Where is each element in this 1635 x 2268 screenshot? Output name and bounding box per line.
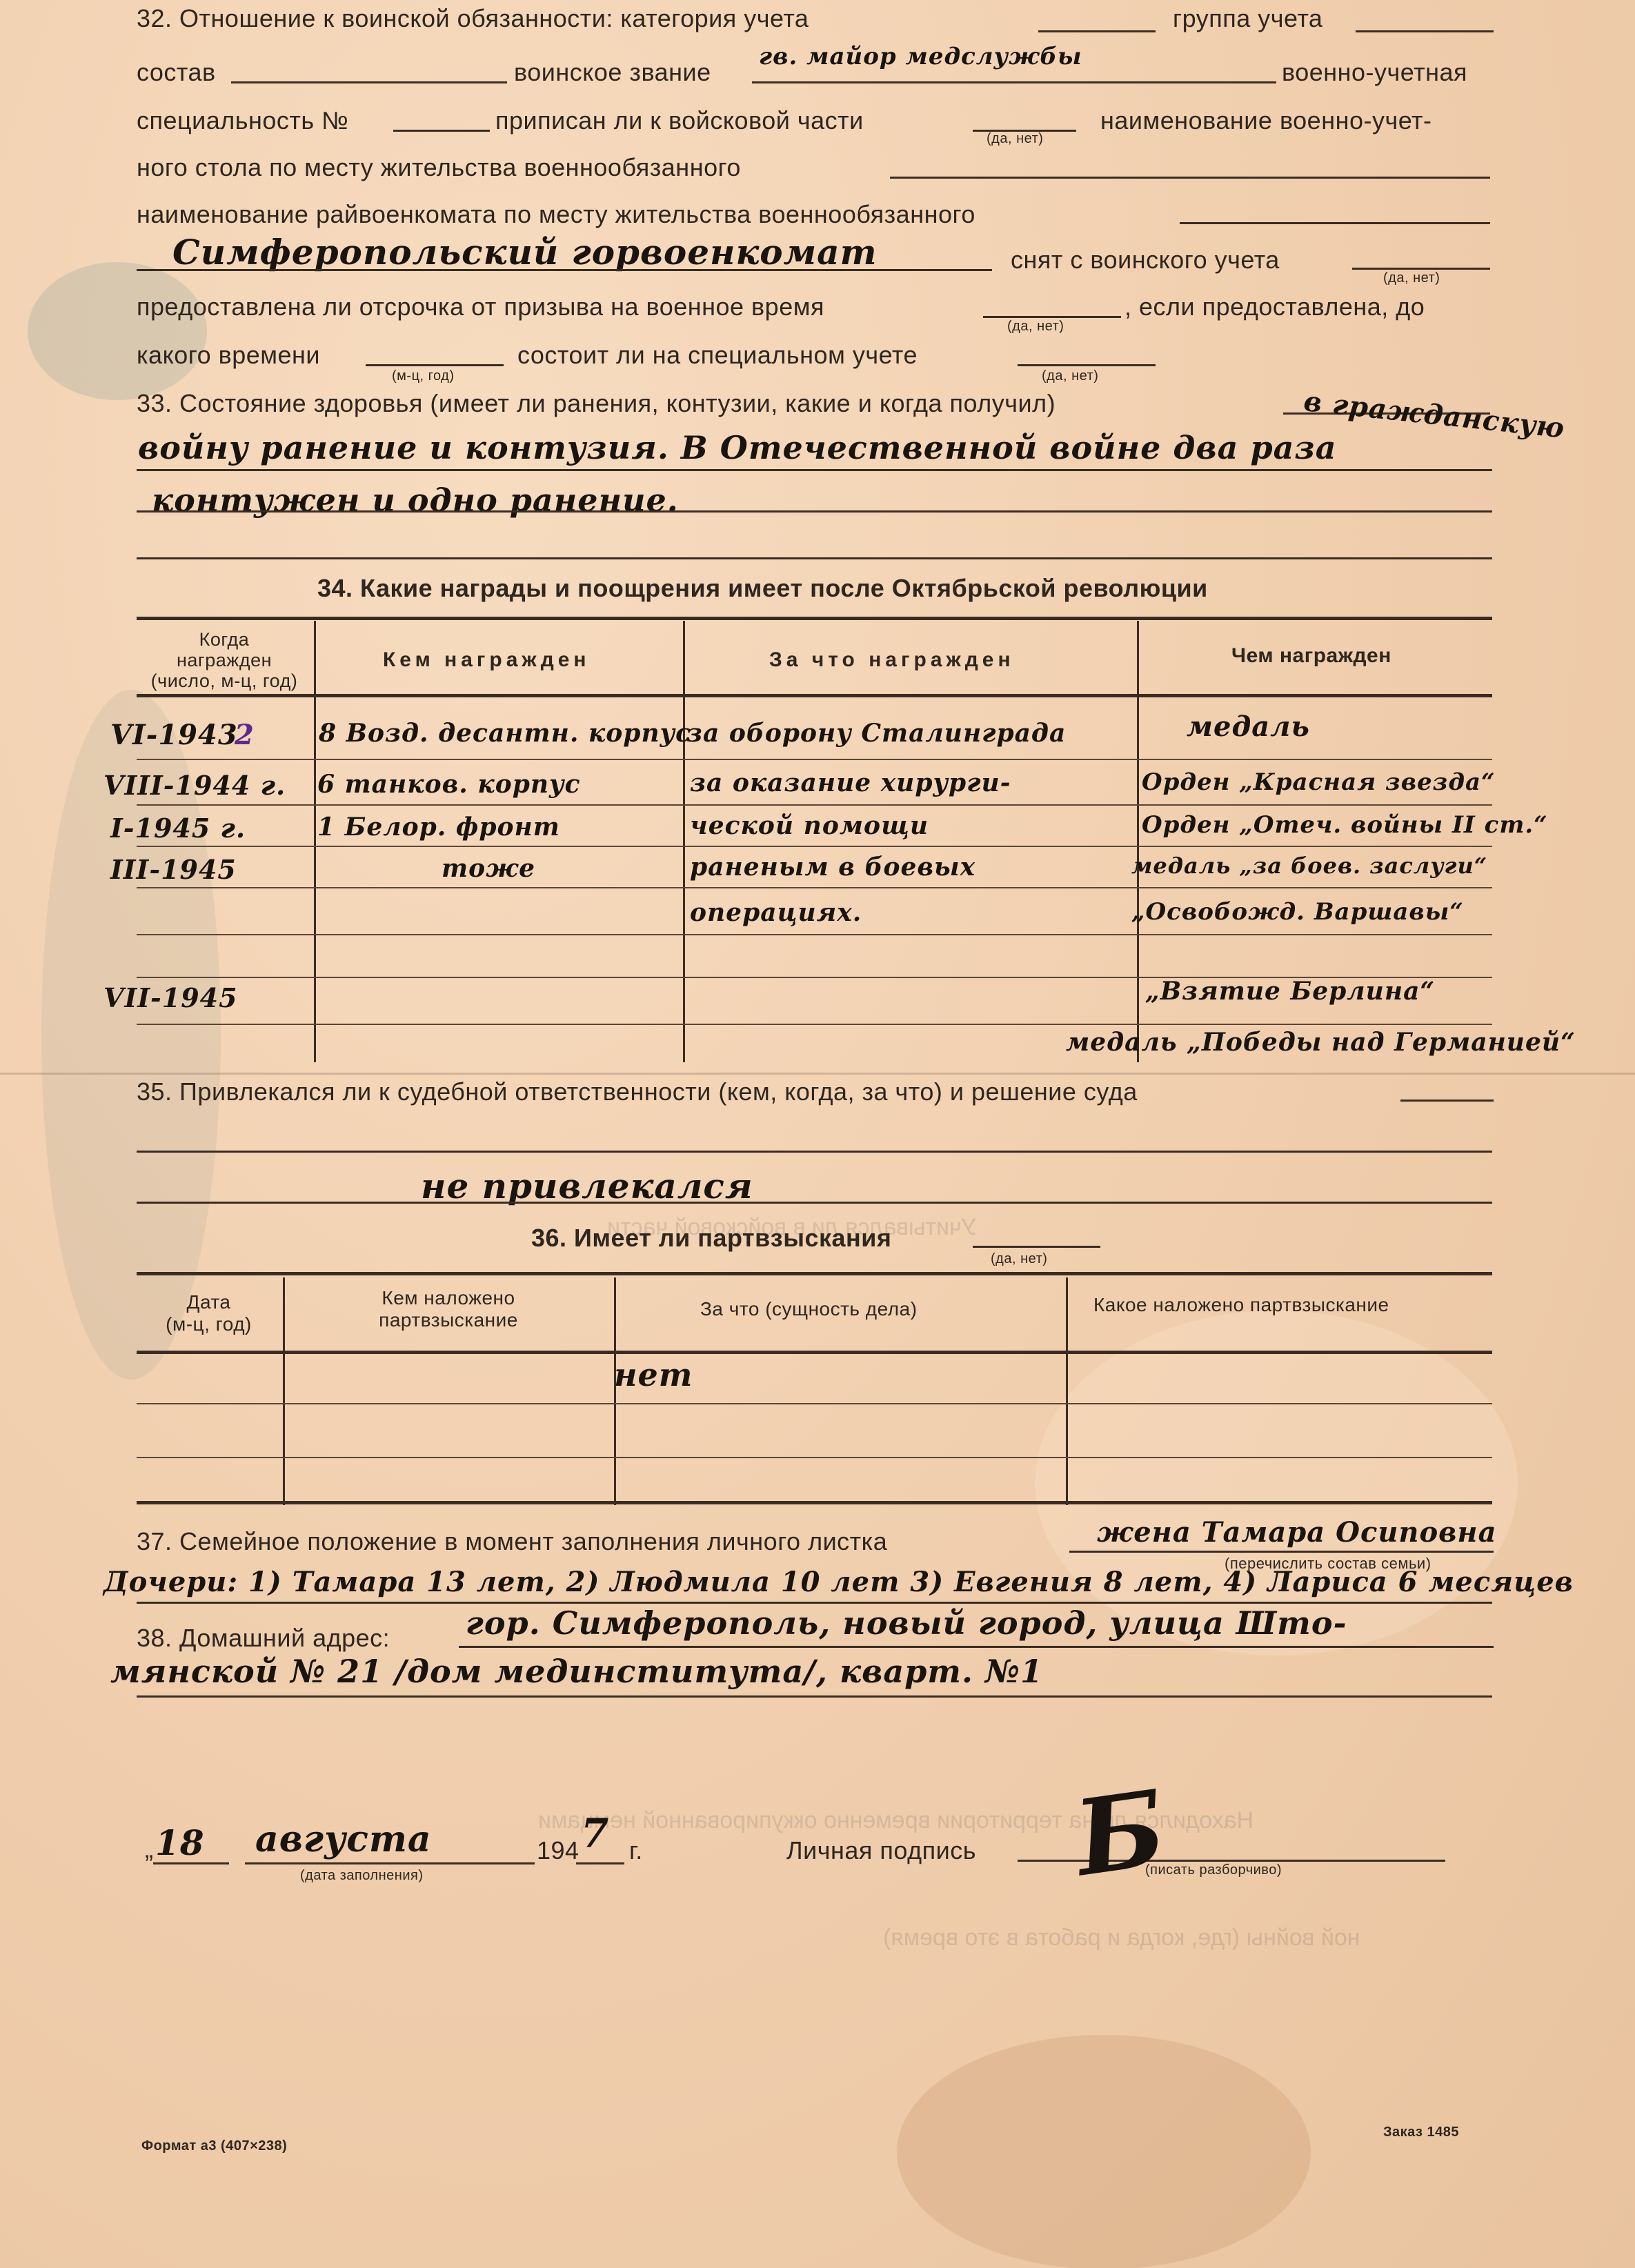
s33-label: 33. Состояние здоровья (имеет ли ранения… <box>137 389 1056 418</box>
s34-header-when: Когда награжден (число, м-ц, год) <box>138 629 310 691</box>
year-field[interactable] <box>576 1862 624 1864</box>
date-day: 18 <box>155 1822 205 1863</box>
raivoenkomat-field[interactable] <box>137 269 992 271</box>
s36-col-divider <box>283 1277 285 1505</box>
s32-vus-name-label: наименование военно-учет- <box>1100 106 1432 135</box>
s32-until-label: какого времени <box>137 341 320 370</box>
party-penalty-field[interactable] <box>973 1246 1100 1248</box>
address-value-2: мянской № 21 /дом мединститута/, кварт. … <box>110 1653 1043 1690</box>
s34-row-line <box>137 759 1492 760</box>
award-overflow-line: медаль „Победы над Германией“ <box>1066 1028 1576 1057</box>
award-with-what: „Освобожд. Варшавы“ <box>1131 898 1464 926</box>
award-for-what: ческой помощи <box>690 811 929 840</box>
court-field-1[interactable] <box>137 1151 1492 1153</box>
removed-field[interactable] <box>1352 268 1490 270</box>
s34-row-line <box>137 804 1492 806</box>
health-value-1: в гражданскую <box>1302 385 1567 444</box>
s34-row-line <box>137 846 1492 847</box>
vus-table-field[interactable] <box>890 177 1490 179</box>
award-by-whom: 1 Белор. фронт <box>317 813 560 842</box>
deferment-field[interactable] <box>983 316 1121 318</box>
s34-col-divider <box>683 621 685 1062</box>
award-with-what: медаль „за боев. заслуги“ <box>1131 853 1487 879</box>
party-penalty-value: нет <box>614 1356 693 1393</box>
s38-label: 38. Домашний адрес: <box>137 1624 390 1653</box>
health-value-2: войну ранение и контузия. В Отечественно… <box>138 429 1337 466</box>
s36-header-date: Дата (м-ц, год) <box>138 1291 279 1335</box>
signature-value: Б <box>1068 1767 1173 1900</box>
award-when: VIII-1944 г. <box>103 770 286 801</box>
health-field-2[interactable] <box>137 469 1492 471</box>
water-stain <box>897 2035 1311 2268</box>
date-open-quote: „ <box>145 1835 154 1864</box>
address-value-1: гор. Симферополь, новый город, улица Што… <box>466 1604 1347 1642</box>
award-for-what: раненым в боевых <box>690 853 975 882</box>
address-field-2[interactable] <box>137 1695 1492 1698</box>
award-with-what: „Взятие Берлина“ <box>1145 977 1435 1006</box>
rank-value: гв. майор медслужбы <box>759 43 1082 70</box>
bleed-through-text: ной войны (где, когда и работа в это вре… <box>883 1924 1360 1951</box>
s32-assigned-label: приписан ли к войсковой части <box>495 106 864 135</box>
award-when: VII-1945 <box>103 982 238 1013</box>
raivoenkomat-value: Симферопольский горвоенкомат <box>172 232 877 272</box>
s32-vus-label: военно-учетная <box>1282 58 1467 87</box>
s34-header-bottom <box>137 694 1492 697</box>
s32-special-label: состоит ли на специальном учете <box>517 341 918 370</box>
s32-rank-label: воинское звание <box>514 58 711 87</box>
health-field-3[interactable] <box>137 510 1492 513</box>
s36-header-bottom <box>137 1351 1492 1354</box>
s34-row-line <box>137 887 1492 888</box>
special-hint: (да, нет) <box>1042 368 1098 384</box>
award-when: III-1945 <box>110 854 237 885</box>
s36-table-bottom <box>137 1501 1492 1504</box>
s32-line1: 32. Отношение к воинской обязанности: ка… <box>137 4 809 33</box>
family-field-2[interactable] <box>137 1602 1492 1604</box>
award-by-whom: 6 танков. корпус <box>317 770 581 799</box>
party-penalty-hint: (да, нет) <box>991 1251 1047 1267</box>
court-value: не привлекался <box>421 1166 753 1206</box>
award-by-whom: 8 Возд. десантн. корпус <box>319 719 691 748</box>
family-value-1: жена Тамара Осиповна <box>1097 1516 1497 1549</box>
award-with-what: Орден „Отеч. войны II ст.“ <box>1142 811 1548 839</box>
s36-header-by-whom: Кем наложено партвзыскание <box>286 1287 611 1331</box>
s34-table-top <box>137 617 1492 620</box>
s34-header-by-whom: Кем награжден <box>383 648 591 672</box>
date-hint: (дата заполнения) <box>300 1868 423 1884</box>
until-field[interactable] <box>366 364 504 366</box>
award-when-correction: 2 <box>235 719 255 751</box>
s36-table-top <box>137 1272 1492 1275</box>
s32-raivoenkomat-label: наименование райвоенкомата по месту жите… <box>137 200 975 229</box>
raivoenkomat-field-top[interactable] <box>1180 222 1490 224</box>
s34-row-line <box>137 934 1492 935</box>
date-year-unit: г. <box>629 1836 643 1865</box>
s32-table-label: ного стола по месту жительства военнообя… <box>137 153 741 182</box>
award-for-what: за оборону Сталинграда <box>686 719 1066 748</box>
s32-group-label: группа учета <box>1173 4 1322 33</box>
s37-label: 37. Семейное положение в момент заполнен… <box>137 1527 887 1556</box>
spec-number-field[interactable] <box>393 130 490 132</box>
water-stain <box>1035 1311 1518 1655</box>
s34-title: 34. Какие награды и поощрения имеет посл… <box>317 574 1208 603</box>
date-month: августа <box>255 1818 432 1860</box>
order-note: Заказ 1485 <box>1383 2125 1459 2140</box>
award-when: I-1945 г. <box>110 813 246 844</box>
until-hint: (м-ц, год) <box>392 368 455 384</box>
date-year-suffix: 7 <box>581 1810 609 1857</box>
award-by-whom: тоже <box>442 854 535 883</box>
s36-row-line <box>137 1403 1492 1404</box>
water-stain <box>28 262 207 400</box>
s36-col-divider <box>1066 1277 1068 1505</box>
removed-hint: (да, нет) <box>1383 270 1440 286</box>
s34-header-for-what: За что награжден <box>769 648 1015 672</box>
health-field-4[interactable] <box>137 557 1492 559</box>
health-value-3: контужен и одно ранение. <box>152 481 679 519</box>
month-field[interactable] <box>245 1862 535 1864</box>
s32-sostav-label: состав <box>137 58 216 87</box>
s32-deferment-until-label: , если предоставлена, до <box>1124 292 1425 321</box>
rank-field[interactable] <box>752 81 1276 83</box>
family-field-1[interactable] <box>1069 1551 1494 1553</box>
court-field-2[interactable] <box>137 1202 1492 1204</box>
category-field[interactable] <box>1038 30 1156 32</box>
s36-header-which: Какое наложено партвзыскание <box>1093 1294 1389 1316</box>
group-field[interactable] <box>1356 30 1494 32</box>
sostav-field[interactable] <box>231 81 507 83</box>
family-value-2: Дочери: 1) Тамара 13 лет, 2) Людмила 10 … <box>103 1566 1574 1598</box>
award-when: VI-1943 <box>110 719 238 751</box>
s36-row-line <box>137 1457 1492 1458</box>
award-for-what: за оказание хирурги- <box>690 768 1011 797</box>
s36-title: 36. Имеет ли партвзыскания <box>531 1224 891 1253</box>
s32-deferment-label: предоставлена ли отсрочка от призыва на … <box>137 292 824 321</box>
s36-header-for-what: За что (сущность дела) <box>700 1298 918 1320</box>
s32-removed-label: снят с воинского учета <box>1011 246 1280 275</box>
s34-col-divider <box>1137 621 1139 1062</box>
deferment-hint: (да, нет) <box>1007 319 1064 335</box>
address-field-1[interactable] <box>459 1646 1494 1648</box>
award-for-what: операциях. <box>690 898 862 927</box>
award-with-what: медаль <box>1187 710 1310 743</box>
signature-label: Личная подпись <box>786 1836 976 1865</box>
s32-spec-label: специальность № <box>137 106 348 135</box>
s34-col-divider <box>314 621 316 1062</box>
special-field[interactable] <box>1018 364 1156 366</box>
s34-row-line <box>137 1024 1492 1025</box>
s34-header-with-what: Чем награжден <box>1231 644 1391 668</box>
paper-fold <box>0 1073 1635 1075</box>
court-field-0[interactable] <box>1400 1100 1494 1102</box>
assigned-hint: (да, нет) <box>987 131 1043 147</box>
format-note: Формат а3 (407×238) <box>141 2138 287 2154</box>
s35-label: 35. Привлекался ли к судебной ответствен… <box>137 1077 1138 1106</box>
award-with-what: Орден „Красная звезда“ <box>1142 768 1496 796</box>
date-year-prefix: 194 <box>537 1836 579 1865</box>
